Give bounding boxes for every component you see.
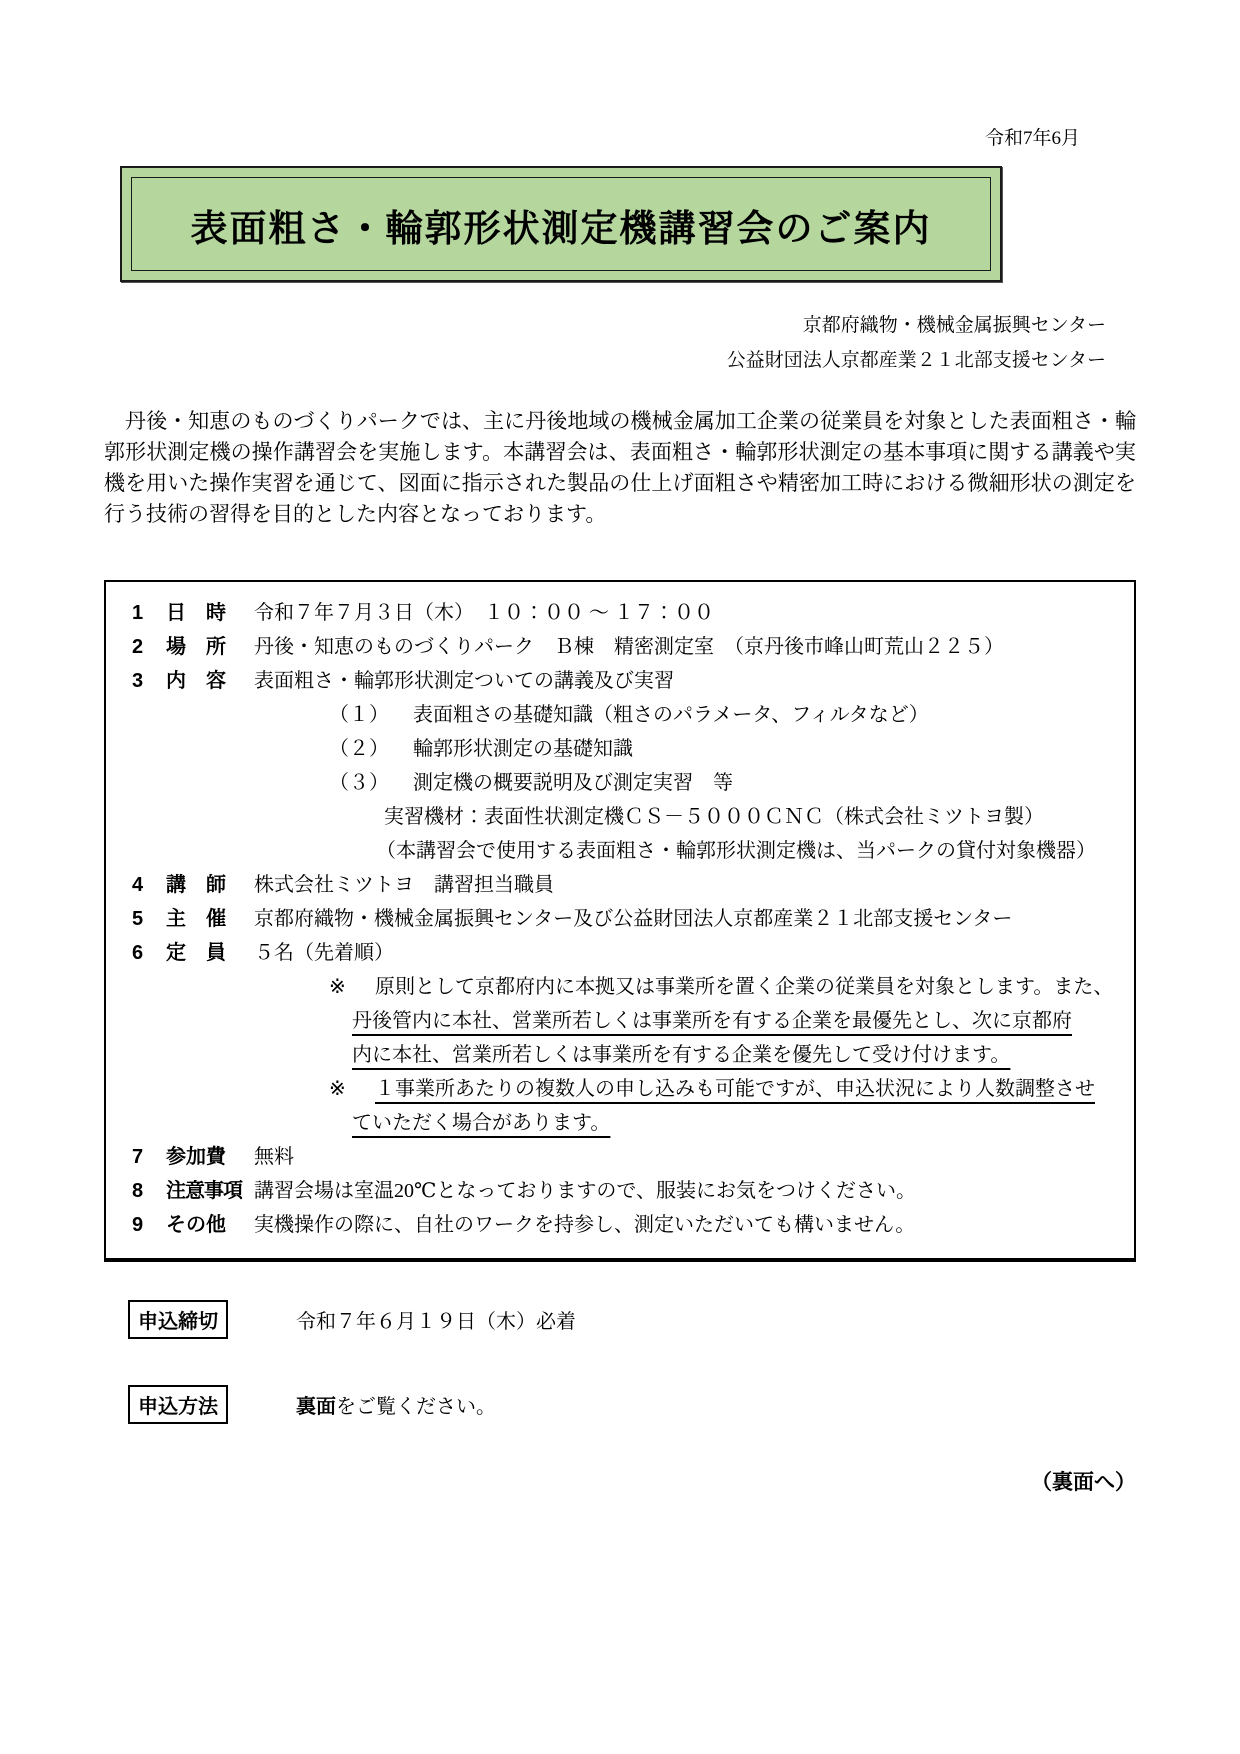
equipment-note-line: （本講習会で使用する表面粗さ・輪郭形状測定機は、当パークの貸付対象機器） [132, 834, 1118, 868]
org-line-1: 京都府織物・機械金属振興センター [104, 308, 1106, 343]
capacity-note-1-cont: 内に本社、営業所若しくは事業所を有する企業を優先して受け付けます。 [132, 1038, 1118, 1072]
item-value: 令和７年７月３日（木） １０：００ ～ １７：００ [254, 596, 1118, 630]
deadline-value: 令和７年６月１９日（木）必着 [296, 1305, 576, 1334]
method-bold-word: 裏面 [296, 1396, 336, 1418]
equipment-line: 実習機材：表面性状測定機ＣＳ－５０００ＣＮＣ（株式会社ミツトヨ製） [132, 800, 1118, 834]
capacity-note-2-cont: ていただく場合があります。 [132, 1106, 1118, 1140]
item-content: 3 内 容 表面粗さ・輪郭形状測定ついての講義及び実習 [132, 664, 1118, 698]
intro-paragraph: 丹後・知恵のものづくりパークでは、主に丹後地域の機械金属加工企業の従業員を対象と… [104, 406, 1136, 530]
note-text: 原則として京都府内に本拠又は事業所を置く企業の従業員を対象とします。また、 [375, 970, 1113, 1004]
item-number: 2 [132, 630, 166, 664]
item-caution: 8 注意事項 講習会場は室温20℃となっておりますので、服装にお気をつけください… [132, 1174, 1118, 1208]
item-label: 場 所 [166, 630, 254, 664]
method-label: 申込方法 [128, 1385, 228, 1424]
title-banner: 表面粗さ・輪郭形状測定機講習会のご案内 [120, 166, 1002, 282]
item-lecturer: 4 講 師 株式会社ミツトヨ 講習担当職員 [132, 868, 1118, 902]
note-marker: ※ [329, 970, 375, 1004]
title-banner-inner: 表面粗さ・輪郭形状測定機講習会のご案内 [131, 177, 991, 271]
item-label: その他 [166, 1208, 254, 1242]
capacity-note-2: ※ １事業所あたりの複数人の申し込みも可能ですが、申込状況により人数調整させ [132, 1072, 1118, 1106]
item-number: 6 [132, 936, 166, 970]
item-number: 4 [132, 868, 166, 902]
item-place: 2 場 所 丹後・知恵のものづくりパーク Ｂ棟 精密測定室 （京丹後市峰山町荒山… [132, 630, 1118, 664]
item-label: 主 催 [166, 902, 254, 936]
item-datetime: 1 日 時 令和７年７月３日（木） １０：００ ～ １７：００ [132, 596, 1118, 630]
method-value: 裏面をご覧ください。 [296, 1390, 496, 1419]
method-rest: をご覧ください。 [336, 1396, 496, 1418]
info-box: 1 日 時 令和７年７月３日（木） １０：００ ～ １７：００ 2 場 所 丹後… [104, 580, 1136, 1262]
to-back-note: （裏面へ） [104, 1466, 1136, 1496]
capacity-note-1: ※ 原則として京都府内に本拠又は事業所を置く企業の従業員を対象とします。また、 [132, 970, 1118, 1004]
org-line-2: 公益財団法人京都産業２１北部支援センター [104, 343, 1106, 378]
application-deadline: 申込締切 令和７年６月１９日（木）必着 [104, 1300, 1136, 1339]
content-subitem-3: （３）測定機の概要説明及び測定実習 等 [132, 766, 1118, 800]
item-capacity: 6 定 員 ５名（先着順） [132, 936, 1118, 970]
item-number: 7 [132, 1140, 166, 1174]
subitem-text: 表面粗さの基礎知識（粗さのパラメータ、フィルタなど） [413, 704, 929, 726]
organizations: 京都府織物・機械金属振興センター 公益財団法人京都産業２１北部支援センター [104, 308, 1136, 378]
item-number: 5 [132, 902, 166, 936]
note-text: １事業所あたりの複数人の申し込みも可能ですが、申込状況により人数調整させ [375, 1072, 1095, 1106]
item-value: 講習会場は室温20℃となっておりますので、服装にお気をつけください。 [254, 1174, 1118, 1208]
note-marker: ※ [329, 1072, 375, 1106]
item-organizer: 5 主 催 京都府織物・機械金属振興センター及び公益財団法人京都産業２１北部支援… [132, 902, 1118, 936]
item-label: 講 師 [166, 868, 254, 902]
item-number: 1 [132, 596, 166, 630]
capacity-note-1-cont: 丹後管内に本社、営業所若しくは事業所を有する企業を最優先とし、次に京都府 [132, 1004, 1118, 1038]
item-value: 実機操作の際に、自社のワークを持参し、測定いただいても構いません。 [254, 1208, 1118, 1242]
item-label: 内 容 [166, 664, 254, 698]
item-value: 株式会社ミツトヨ 講習担当職員 [254, 868, 1118, 902]
issue-date: 令和7年6月 [104, 128, 1136, 150]
deadline-label: 申込締切 [128, 1300, 228, 1339]
subitem-marker: （３） [329, 766, 389, 800]
item-label: 定 員 [166, 936, 254, 970]
document-page: 令和7年6月 表面粗さ・輪郭形状測定機講習会のご案内 京都府織物・機械金属振興セ… [0, 0, 1240, 1754]
page-title: 表面粗さ・輪郭形状測定機講習会のご案内 [136, 198, 986, 252]
item-number: 8 [132, 1174, 166, 1208]
item-label: 日 時 [166, 596, 254, 630]
application-method: 申込方法 裏面をご覧ください。 [104, 1385, 1136, 1424]
subitem-text: 輪郭形状測定の基礎知識 [413, 738, 633, 760]
item-label: 注意事項 [166, 1174, 254, 1208]
content-subitem-2: （２）輪郭形状測定の基礎知識 [132, 732, 1118, 766]
item-number: 9 [132, 1208, 166, 1242]
item-value: 無料 [254, 1140, 1118, 1174]
content-subitem-1: （１）表面粗さの基礎知識（粗さのパラメータ、フィルタなど） [132, 698, 1118, 732]
subitem-marker: （１） [329, 698, 389, 732]
subitem-text: 測定機の概要説明及び測定実習 等 [413, 772, 733, 794]
item-number: 3 [132, 664, 166, 698]
item-label: 参加費 [166, 1140, 254, 1174]
item-value: 表面粗さ・輪郭形状測定ついての講義及び実習 [254, 664, 1118, 698]
subitem-marker: （２） [329, 732, 389, 766]
item-value: 丹後・知恵のものづくりパーク Ｂ棟 精密測定室 （京丹後市峰山町荒山２２５） [254, 630, 1118, 664]
item-other: 9 その他 実機操作の際に、自社のワークを持参し、測定いただいても構いません。 [132, 1208, 1118, 1242]
item-value: 京都府織物・機械金属振興センター及び公益財団法人京都産業２１北部支援センター [254, 902, 1118, 936]
item-value: ５名（先着順） [254, 936, 1118, 970]
item-fee: 7 参加費 無料 [132, 1140, 1118, 1174]
